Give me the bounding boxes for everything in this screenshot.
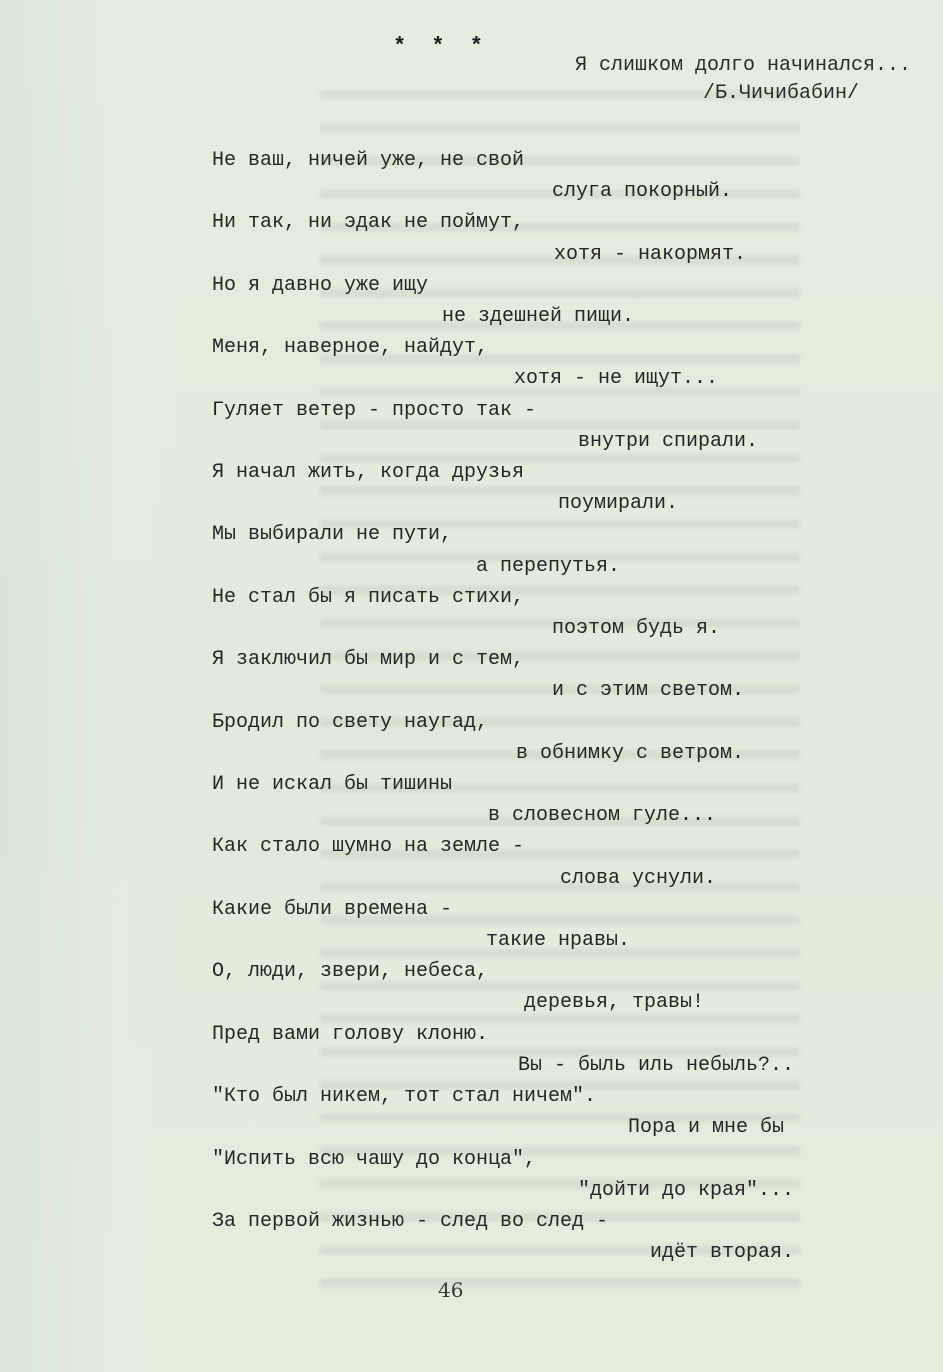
poem-line-continuation: в обнимку с ветром. xyxy=(212,738,812,769)
poem-line: "Испить всю чашу до конца", xyxy=(212,1144,812,1175)
poem-line: О, люди, звери, небеса, xyxy=(212,956,812,987)
poem-line: "Кто был никем, тот стал ничем". xyxy=(212,1081,812,1112)
poem-line-continuation: Пора и мне бы xyxy=(212,1112,812,1143)
poem-line: Меня, наверное, найдут, xyxy=(212,332,812,363)
poem-line-continuation: "дойти до края"... xyxy=(212,1175,812,1206)
poem-line-continuation: а перепутья. xyxy=(212,551,812,582)
poem-line: Бродил по свету наугад, xyxy=(212,707,812,738)
poem-line-continuation: слова уснули. xyxy=(212,863,812,894)
section-separator: * * * xyxy=(393,34,489,59)
poem-line-continuation: хотя - не ищут... xyxy=(212,363,812,394)
poem-line-continuation: деревья, травы! xyxy=(212,987,812,1018)
poem-line-continuation: в словесном гуле... xyxy=(212,800,812,831)
poem-line: Пред вами голову клоню. xyxy=(212,1019,812,1050)
poem-line-continuation: такие нравы. xyxy=(212,925,812,956)
poem-line-continuation: идёт вторая. xyxy=(212,1237,812,1268)
poem-body: Не ваш, ничей уже, не свойслуга покорный… xyxy=(212,145,812,1268)
poem-line: За первой жизнью - след во след - xyxy=(212,1206,812,1237)
poem-line: Я заключил бы мир и с тем, xyxy=(212,644,812,675)
poem-line: Но я давно уже ищу xyxy=(212,270,812,301)
epigraph-author: /Б.Чичибабин/ xyxy=(575,80,911,108)
poem-line: Мы выбирали не пути, xyxy=(212,519,812,550)
poem-line-continuation: не здешней пищи. xyxy=(212,301,812,332)
poem-line-continuation: и с этим светом. xyxy=(212,675,812,706)
poem-line-continuation: слуга покорный. xyxy=(212,176,812,207)
poem-line-continuation: внутри спирали. xyxy=(212,426,812,457)
poem-line-continuation: поумирали. xyxy=(212,488,812,519)
poem-line: Гуляет ветер - просто так - xyxy=(212,395,812,426)
poem-line: И не искал бы тишины xyxy=(212,769,812,800)
page-number: 46 xyxy=(438,1278,463,1302)
poem-line: Ни так, ни эдак не поймут, xyxy=(212,207,812,238)
poem-line: Не ваш, ничей уже, не свой xyxy=(212,145,812,176)
poem-line: Не стал бы я писать стихи, xyxy=(212,582,812,613)
poem-line-continuation: Вы - быль иль небыль?.. xyxy=(212,1050,812,1081)
poem-line: Как стало шумно на земле - xyxy=(212,831,812,862)
poem-line: Какие были времена - xyxy=(212,894,812,925)
epigraph: Я слишком долго начинался... /Б.Чичибаби… xyxy=(575,52,911,108)
poem-line-continuation: поэтом будь я. xyxy=(212,613,812,644)
poem-line: Я начал жить, когда друзья xyxy=(212,457,812,488)
epigraph-text: Я слишком долго начинался... xyxy=(575,52,911,80)
poem-line-continuation: хотя - накормят. xyxy=(212,239,812,270)
